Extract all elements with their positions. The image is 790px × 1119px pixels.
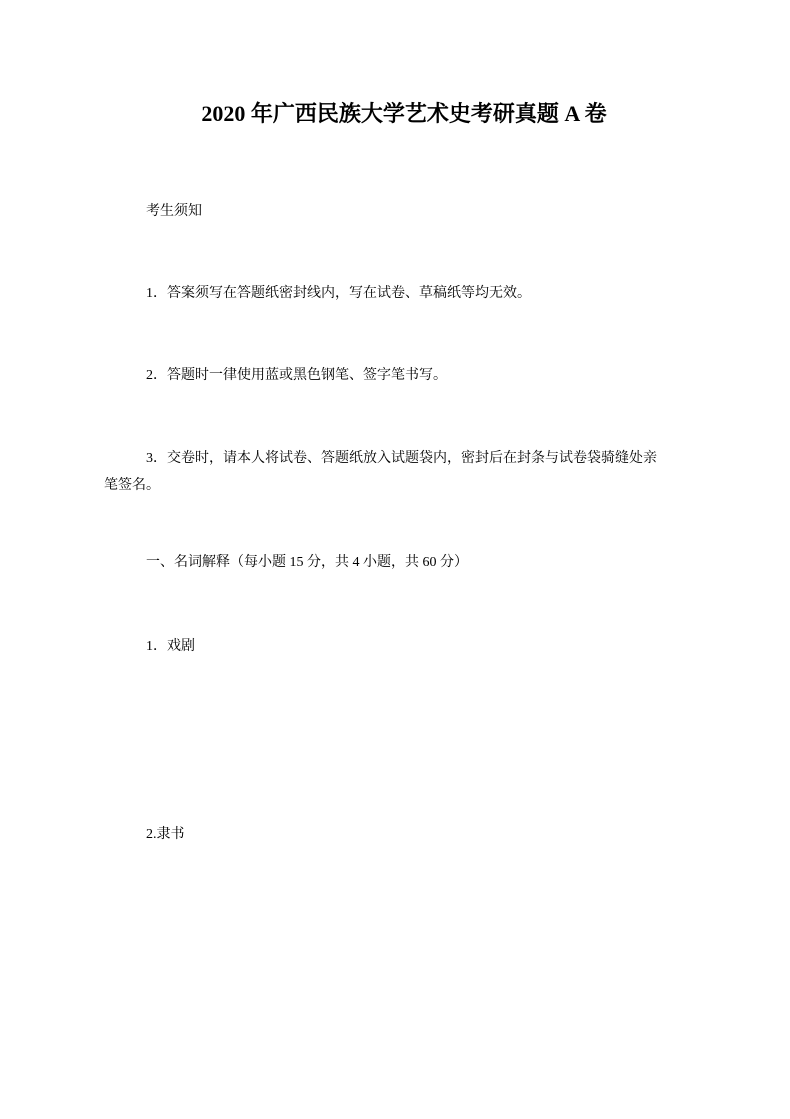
doc-title: 2020 年广西民族大学艺术史考研真题 A 卷 <box>9 99 790 129</box>
document-page: 2020 年广西民族大学艺术史考研真题 A 卷 考生须知 1．答案须写在答题纸密… <box>0 0 790 1119</box>
notice-item-3-line-1: 3．交卷时，请本人将试卷、答题纸放入试题袋内，密封后在封条与试卷袋骑缝处亲 <box>104 445 690 472</box>
question-2: 2.隶书 <box>104 821 704 848</box>
section-1-heading: 一、名词解释（每小题 15 分，共 4 小题，共 60 分） <box>104 549 704 576</box>
notice-item-3: 3．交卷时，请本人将试卷、答题纸放入试题袋内，密封后在封条与试卷袋骑缝处亲 笔签… <box>104 445 690 499</box>
notice-item-1: 1．答案须写在答题纸密封线内，写在试卷、草稿纸等均无效。 <box>104 280 704 307</box>
notice-item-3-line-2: 笔签名。 <box>104 472 690 499</box>
notice-item-2: 2．答题时一律使用蓝或黑色钢笔、签字笔书写。 <box>104 362 704 389</box>
question-1: 1．戏剧 <box>104 633 704 660</box>
notice-heading: 考生须知 <box>104 198 704 225</box>
